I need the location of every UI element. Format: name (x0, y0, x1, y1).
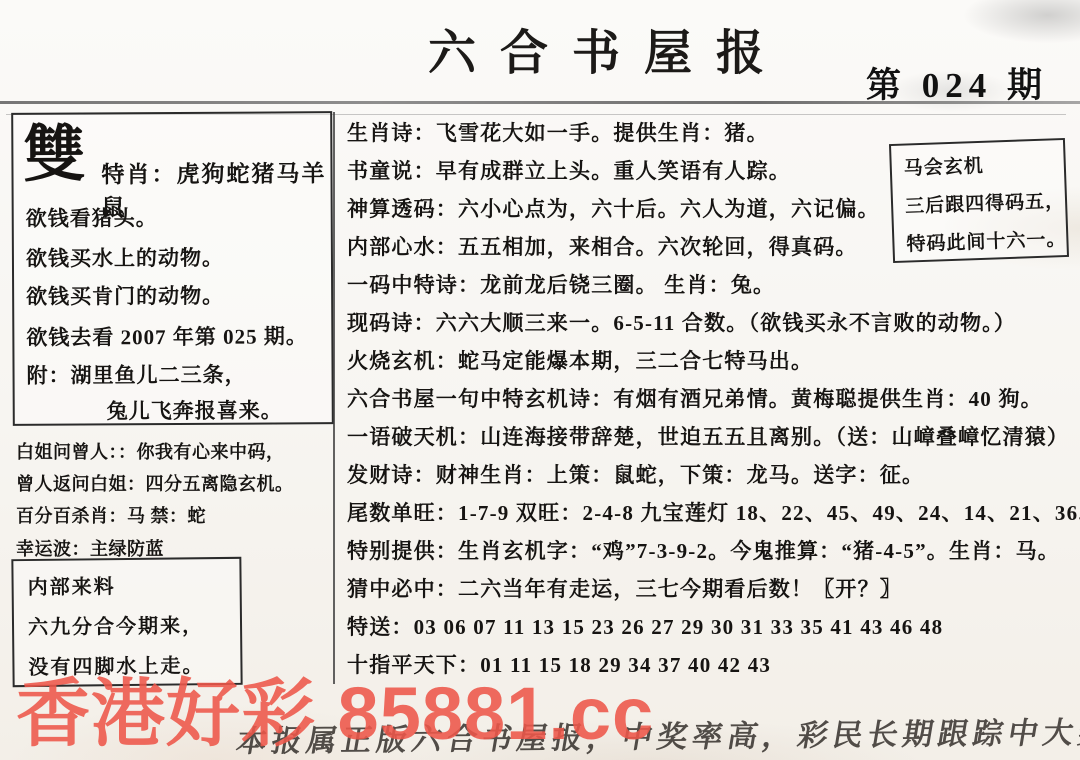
watermark-text: 香港好彩 85881.cc (16, 655, 654, 760)
scanned-lottery-sheet: 六合书屋报 第 024 期 雙 特肖：虎狗蛇猪马羊鼠 欲钱看猪头。 欲钱买水上的… (0, 0, 1080, 760)
prediction-list: 生肖诗：飞雪花大如一手。提供生肖：猪。 书童说：早有成群立上头。重人笑语有人踪。… (347, 114, 1080, 686)
prediction-line-xianmashi: 现码诗：六六大顺三来一。6-5-11 合数。（欲钱买永不言败的动物。） (347, 304, 1080, 342)
header-divider (0, 101, 1080, 104)
tip-line: 欲钱看猪头。 (26, 202, 158, 233)
prediction-line-weishu: 尾数单旺：1-7-9 双旺：2-4-8 九宝莲灯 18、22、45、49、24、… (347, 494, 1080, 532)
prediction-line-zodiac-poem: 生肖诗：飞雪花大如一手。提供生肖：猪。 (347, 114, 1080, 152)
baijie-line: 白姐问曾人：：你我有心来中码， (16, 438, 285, 464)
prediction-line-shensuan: 神算透码：六小心点为，六十后。六人为道，六记偏。 (347, 190, 1080, 228)
special-zodiac-box: 雙 特肖：虎狗蛇猪马羊鼠 欲钱看猪头。 欲钱买水上的动物。 欲钱买肯门的动物。 … (11, 111, 334, 426)
tip-line: 兔儿飞奔报喜来。 (107, 394, 283, 425)
prediction-line-yimazhongte: 一码中特诗：龙前龙后铙三圈。 生肖：兔。 (347, 266, 1080, 304)
tip-line: 附：湖里鱼儿二三条， (26, 359, 246, 390)
page-title: 六合书屋报 (428, 14, 788, 83)
tip-line: 欲钱去看 2007 年第 025 期。 (26, 320, 308, 351)
prediction-line-tebietigong: 特别提供：生肖玄机字：“鸡”7-3-9-2。今鬼推算：“猪-4-5”。生肖：马。 (347, 532, 1080, 570)
prediction-line-tesong-numbers: 特送：03 06 07 11 13 15 23 26 27 29 30 31 3… (347, 608, 1080, 646)
prediction-line-facaishi: 发财诗：财神生肖：上策：鼠蛇，下策：龙马。送字：征。 (347, 456, 1080, 494)
prediction-line-huoshao: 火烧玄机：蛇马定能爆本期，三二合七特马出。 (347, 342, 1080, 380)
tip-line: 欲钱买肯门的动物。 (26, 280, 224, 311)
baijie-line: 曾人返问白姐：四分五离隐玄机。 (16, 470, 294, 496)
internal-info-line: 六九分合今期来， (28, 609, 204, 640)
prediction-line-yiyupotianji: 一语破天机：山连海接带辞楚，世迫五五且离别。（送：山嶂叠嶂忆清猿） (347, 418, 1080, 456)
prediction-line-neibuxinshui: 内部心水：五五相加，来相合。六次轮回，得真码。 (347, 228, 1080, 266)
prediction-line-shutong: 书童说：早有成群立上头。重人笑语有人踪。 (347, 152, 1080, 190)
kill-zodiac-line: 百分百杀肖：马 禁：蛇 (16, 502, 206, 528)
prediction-line-caizhongbizhong: 猜中必中：二六当年有走运，三七今期看后数！〖开？〗 (347, 570, 1080, 608)
prediction-line-yijuzhongte: 六合书屋一句中特玄机诗：有烟有酒兄弟情。黄梅聪提供生肖：40 狗。 (347, 380, 1080, 418)
tip-line: 欲钱买水上的动物。 (26, 242, 224, 273)
internal-info-title: 内部来料 (27, 570, 115, 600)
double-character: 雙 (23, 124, 85, 186)
